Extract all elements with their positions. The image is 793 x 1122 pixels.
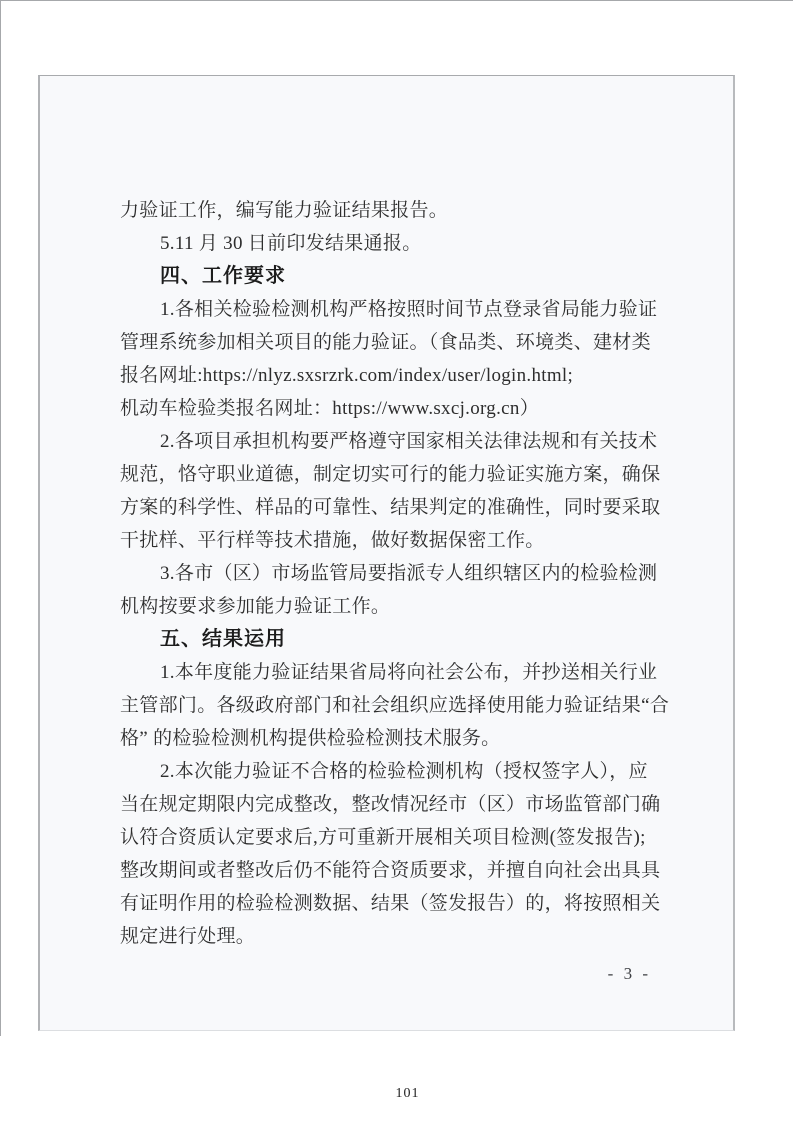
text-line: 2.各项目承担机构要严格遵守国家相关法律法规和有关技术 <box>120 425 668 458</box>
section-heading: 四、工作要求 <box>120 260 668 293</box>
text-line: 管理系统参加相关项目的能力验证。（食品类、环境类、建材类 <box>120 326 668 359</box>
text-line: 干扰样、平行样等技术措施，做好数据保密工作。 <box>120 524 668 557</box>
text-line: 认符合资质认定要求后,方可重新开展相关项目检测(签发报告); <box>120 821 668 854</box>
text-line: 2.本次能力验证不合格的检验检测机构（授权签字人），应 <box>120 755 668 788</box>
text-line: 规定进行处理。 <box>120 920 668 953</box>
scanned-document-image: 力验证工作，编写能力验证结果报告。5.11 月 30 日前印发结果通报。四、工作… <box>38 75 735 1031</box>
text-line: 格” 的检验检测机构提供检验检测技术服务。 <box>120 722 668 755</box>
text-line: 规范，恪守职业道德，制定切实可行的能力验证实施方案，确保 <box>120 458 668 491</box>
text-line: 3.各市（区）市场监管局要指派专人组织辖区内的检验检测 <box>120 557 668 590</box>
pdf-document-page: { "page": { "background": "#ffffff", "sc… <box>0 0 793 1122</box>
text-line: 主管部门。各级政府部门和社会组织应选择使用能力验证结果“合 <box>120 689 668 722</box>
text-line: 整改期间或者整改后仍不能符合资质要求，并擅自向社会出具具 <box>120 854 668 887</box>
text-line: 5.11 月 30 日前印发结果通报。 <box>120 227 668 260</box>
text-line: 当在规定期限内完成整改，整改情况经市（区）市场监管部门确 <box>120 788 668 821</box>
screenshot-top-edge-line <box>0 0 793 1</box>
screenshot-left-edge-line <box>0 0 1 1036</box>
text-line: 方案的科学性、样品的可靠性、结果判定的准确性，同时要采取 <box>120 491 668 524</box>
section-heading: 五、结果运用 <box>120 623 668 656</box>
text-line: 报名网址:https://nlyz.sxsrzrk.com/index/user… <box>120 359 668 392</box>
document-text-block: 力验证工作，编写能力验证结果报告。5.11 月 30 日前印发结果通报。四、工作… <box>120 194 668 953</box>
text-line: 机动车检验类报名网址：https://www.sxcj.org.cn） <box>120 392 668 425</box>
text-line: 力验证工作，编写能力验证结果报告。 <box>120 194 668 227</box>
text-line: 1.各相关检验检测机构严格按照时间节点登录省局能力验证 <box>120 293 668 326</box>
text-line: 1.本年度能力验证结果省局将向社会公布，并抄送相关行业 <box>120 656 668 689</box>
text-line: 机构按要求参加能力验证工作。 <box>120 590 668 623</box>
pdf-page-number: 101 <box>0 1086 793 1102</box>
text-line: 有证明作用的检验检测数据、结果（签发报告）的，将按照相关 <box>120 887 668 920</box>
scan-page-number: - 3 - <box>608 964 651 984</box>
